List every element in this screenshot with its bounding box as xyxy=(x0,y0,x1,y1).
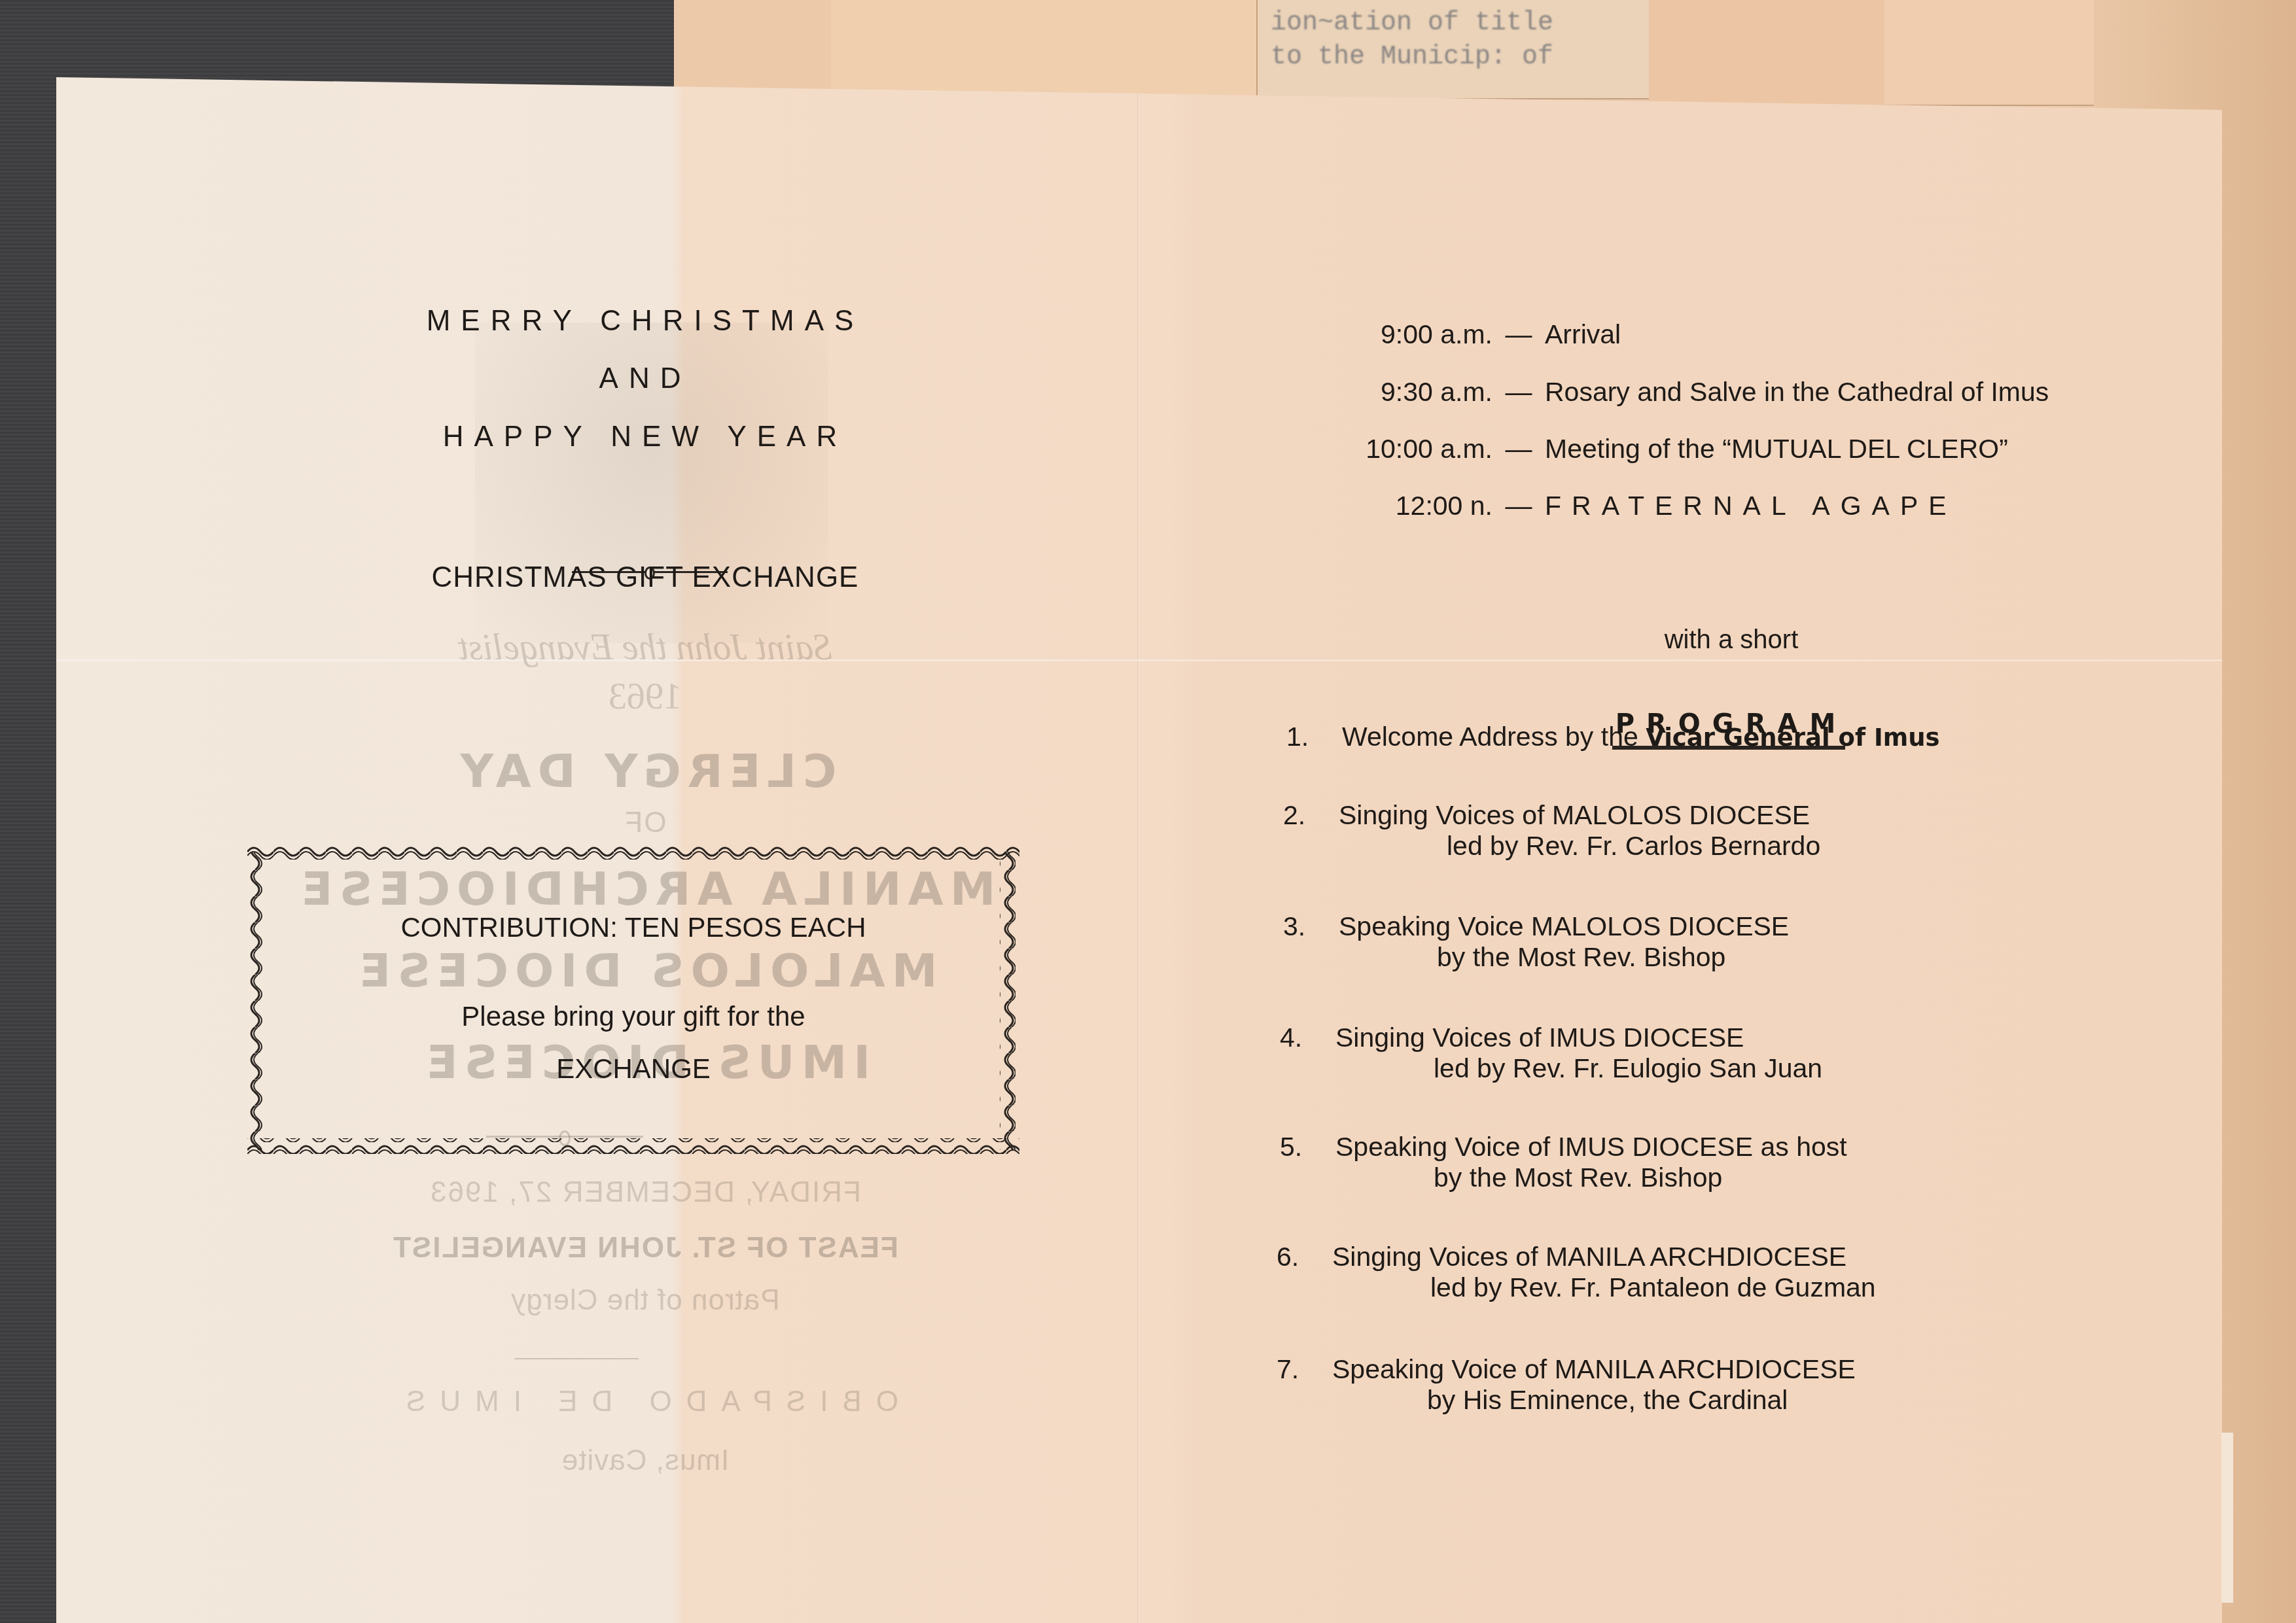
program-item: 5.Speaking Voice of IMUS DIOCESE as host… xyxy=(1280,1132,1847,1193)
bleed-of: OF xyxy=(351,807,940,839)
schedule-row: 10:00 a.m.—Meeting of the “MUTUAL DEL CL… xyxy=(1349,434,2008,464)
program-item: 7.Speaking Voice of MANILA ARCHDIOCESE b… xyxy=(1277,1354,1856,1416)
stacked-paper-typed: ion~ation of titleto the Municip: of xyxy=(1256,0,1651,99)
with-a-short-note: with a short xyxy=(1614,625,1849,655)
program-item: 2.Singing Voices of MALOLOS DIOCESE led … xyxy=(1283,800,1820,862)
stacked-paper xyxy=(1884,0,2095,106)
contribution-amount: CONTRIBUTION: TEN PESOS EACH xyxy=(247,912,1019,943)
contribution-exchange: EXCHANGE xyxy=(247,1053,1019,1085)
bleed-patron: Patron of the Clergy xyxy=(318,1284,972,1317)
greeting-line-3: HAPPY NEW YEAR xyxy=(56,421,1234,453)
greeting-line-1: MERRY CHRISTMAS xyxy=(56,305,1234,338)
program-item: 4.Singing Voices of IMUS DIOCESE led by … xyxy=(1280,1022,1822,1084)
stacked-paper xyxy=(1649,0,1886,106)
bleed-obispado: OBISPADO DE IMUS xyxy=(318,1386,972,1418)
contribution-box: CONTRIBUTION: TEN PESOS EACH Please brin… xyxy=(247,844,1019,1158)
bleed-wavy-divider xyxy=(514,1358,639,1359)
stacked-paper xyxy=(674,0,832,93)
gift-exchange-title: CHRISTMAS GIFT EXCHANGE xyxy=(56,561,1234,594)
schedule-row: 9:00 a.m.—Arrival xyxy=(1349,319,1621,350)
bleed-title: Saint John the Evangelist xyxy=(351,627,940,669)
program-item: 3.Speaking Voice MALOLOS DIOCESE by the … xyxy=(1283,911,1789,973)
bleed-place: Imus, Cavite xyxy=(318,1444,972,1477)
bleed-feast: FEAST OF ST. JOHN EVANGELIST xyxy=(318,1232,972,1265)
program-item: 6.Singing Voices of MANILA ARCHDIOCESE l… xyxy=(1277,1242,1876,1303)
greeting-line-2: AND xyxy=(56,362,1234,395)
typed-fragment: ion~ation of titleto the Municip: of xyxy=(1271,7,1637,75)
stacked-paper xyxy=(831,0,1258,99)
bleed-year: 1963 xyxy=(351,676,940,718)
program-sheet: Saint John the Evangelist 1963 CLERGY DA… xyxy=(56,77,2222,1623)
bleed-clergy-day: CLERGY DAY xyxy=(351,744,940,798)
program-item: 1.Welcome Address by the Vicar General o… xyxy=(1286,722,1940,752)
paper-edge xyxy=(2221,1433,2233,1603)
bleed-date: FRIDAY, DECEMBER 27, 1963 xyxy=(318,1176,972,1209)
schedule-row: 12:00 n.—FRATERNAL AGAPE xyxy=(1349,491,1957,521)
schedule-row: 9:30 a.m.—Rosary and Salve in the Cathed… xyxy=(1349,377,2049,408)
contribution-note: Please bring your gift for the xyxy=(247,1001,1019,1032)
